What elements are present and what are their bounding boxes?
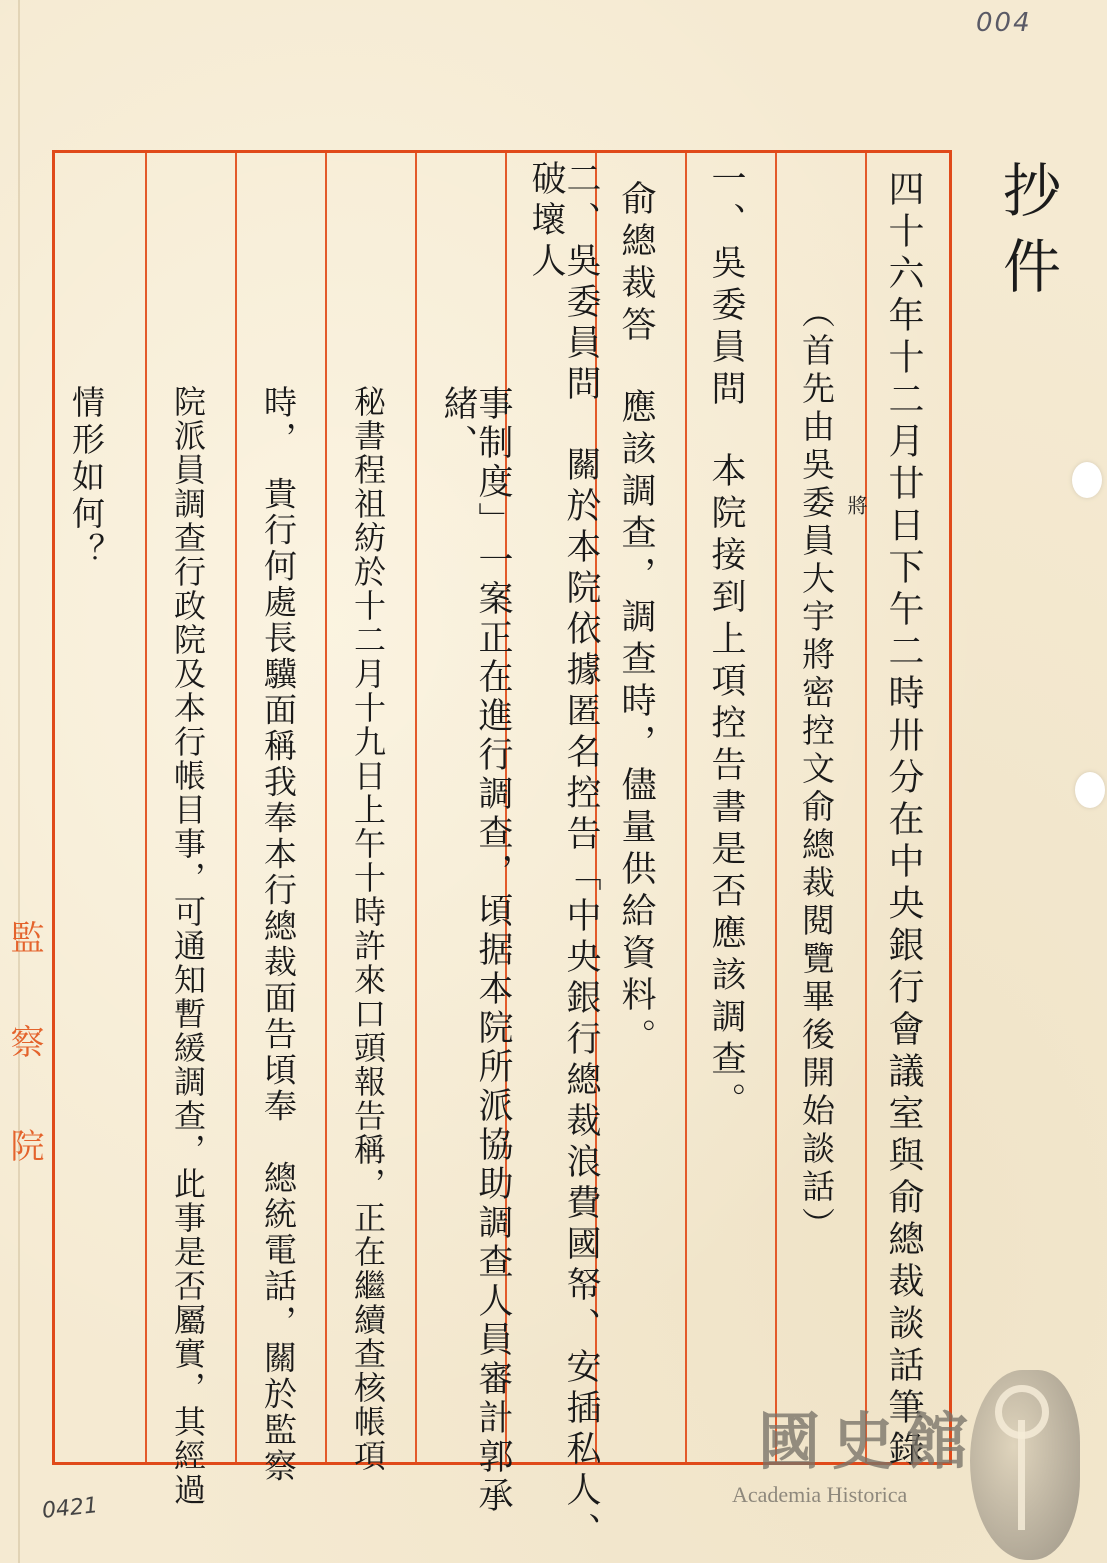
archive-page-number: 004 xyxy=(976,8,1032,38)
page-fold-edge xyxy=(18,0,20,1563)
question-2-continued-3: 時， 貴行何處長驥面稱我奉本行總裁面告頃奉 總統電話，關於監察 xyxy=(262,385,295,1485)
academia-historica-watermark: 國史館 Academia Historica xyxy=(730,1370,1100,1560)
grid-column-line xyxy=(145,153,147,1462)
watermark-subtitle: Academia Historica xyxy=(732,1482,907,1508)
question-2-continued-4: 院派員調查行政院及本行帳目事，可通知暫緩調查，此事是否屬實，其經過 xyxy=(172,385,204,1507)
punch-hole-top xyxy=(1072,462,1102,498)
brush-logo-stem-icon xyxy=(1018,1420,1025,1530)
question-1-label: 一、吳委員問 xyxy=(706,160,746,412)
question-2-continued-5: 情形如何？ xyxy=(70,385,103,570)
grid-column-line xyxy=(415,153,417,1462)
answer-1-text: 應該調查，調查時，儘量供給資料。 xyxy=(616,388,656,1060)
record-title: 四十六年十二月廿日下午二時卅分在中央銀行會議室與俞總裁談話筆錄 xyxy=(885,170,921,1472)
preface-note: （首先由吳委員大宇將密控文俞總裁閱覽畢後開始談話） xyxy=(800,295,833,1245)
question-2-continued-2: 秘書程祖紡於十二月十九日上午十時許來口頭報告稱，正在繼續查核帳項 xyxy=(352,385,384,1473)
grid-column-line xyxy=(325,153,327,1462)
control-yuan-margin-stamp: 監察院 xyxy=(0,920,49,1232)
grid-column-line xyxy=(685,153,687,1462)
grid-column-line xyxy=(775,153,777,1462)
answer-1: 俞總裁答應該調查，調查時，儘量供給資料。 xyxy=(618,180,653,1060)
bottom-page-number: 0421 xyxy=(41,1493,99,1524)
copy-mark-heading: 抄件 xyxy=(985,160,1069,312)
question-2: 二、吳委員問關於本院依據匿名控告「中央銀行總裁浪費國帑、安插私人、破壞人 xyxy=(528,160,598,1563)
question-1: 一、吳委員問本院接到上項控告書是否應該調查。 xyxy=(708,160,743,1124)
grid-column-line xyxy=(865,153,867,1462)
punch-hole-bottom xyxy=(1075,772,1105,808)
question-2-label: 二、吳委員問 xyxy=(561,160,601,406)
question-2-continued-1: 事制度」一案正在進行調查，頃据本院所派協助調查人員審計郭承緒、 xyxy=(440,385,510,1563)
question-1-text: 本院接到上項控告書是否應該調查。 xyxy=(706,452,746,1124)
inserted-character-note: 將 xyxy=(842,495,871,515)
watermark-title: 國史館 xyxy=(758,1392,980,1481)
grid-column-line xyxy=(235,153,237,1462)
answer-1-label: 俞總裁答 xyxy=(616,180,656,348)
